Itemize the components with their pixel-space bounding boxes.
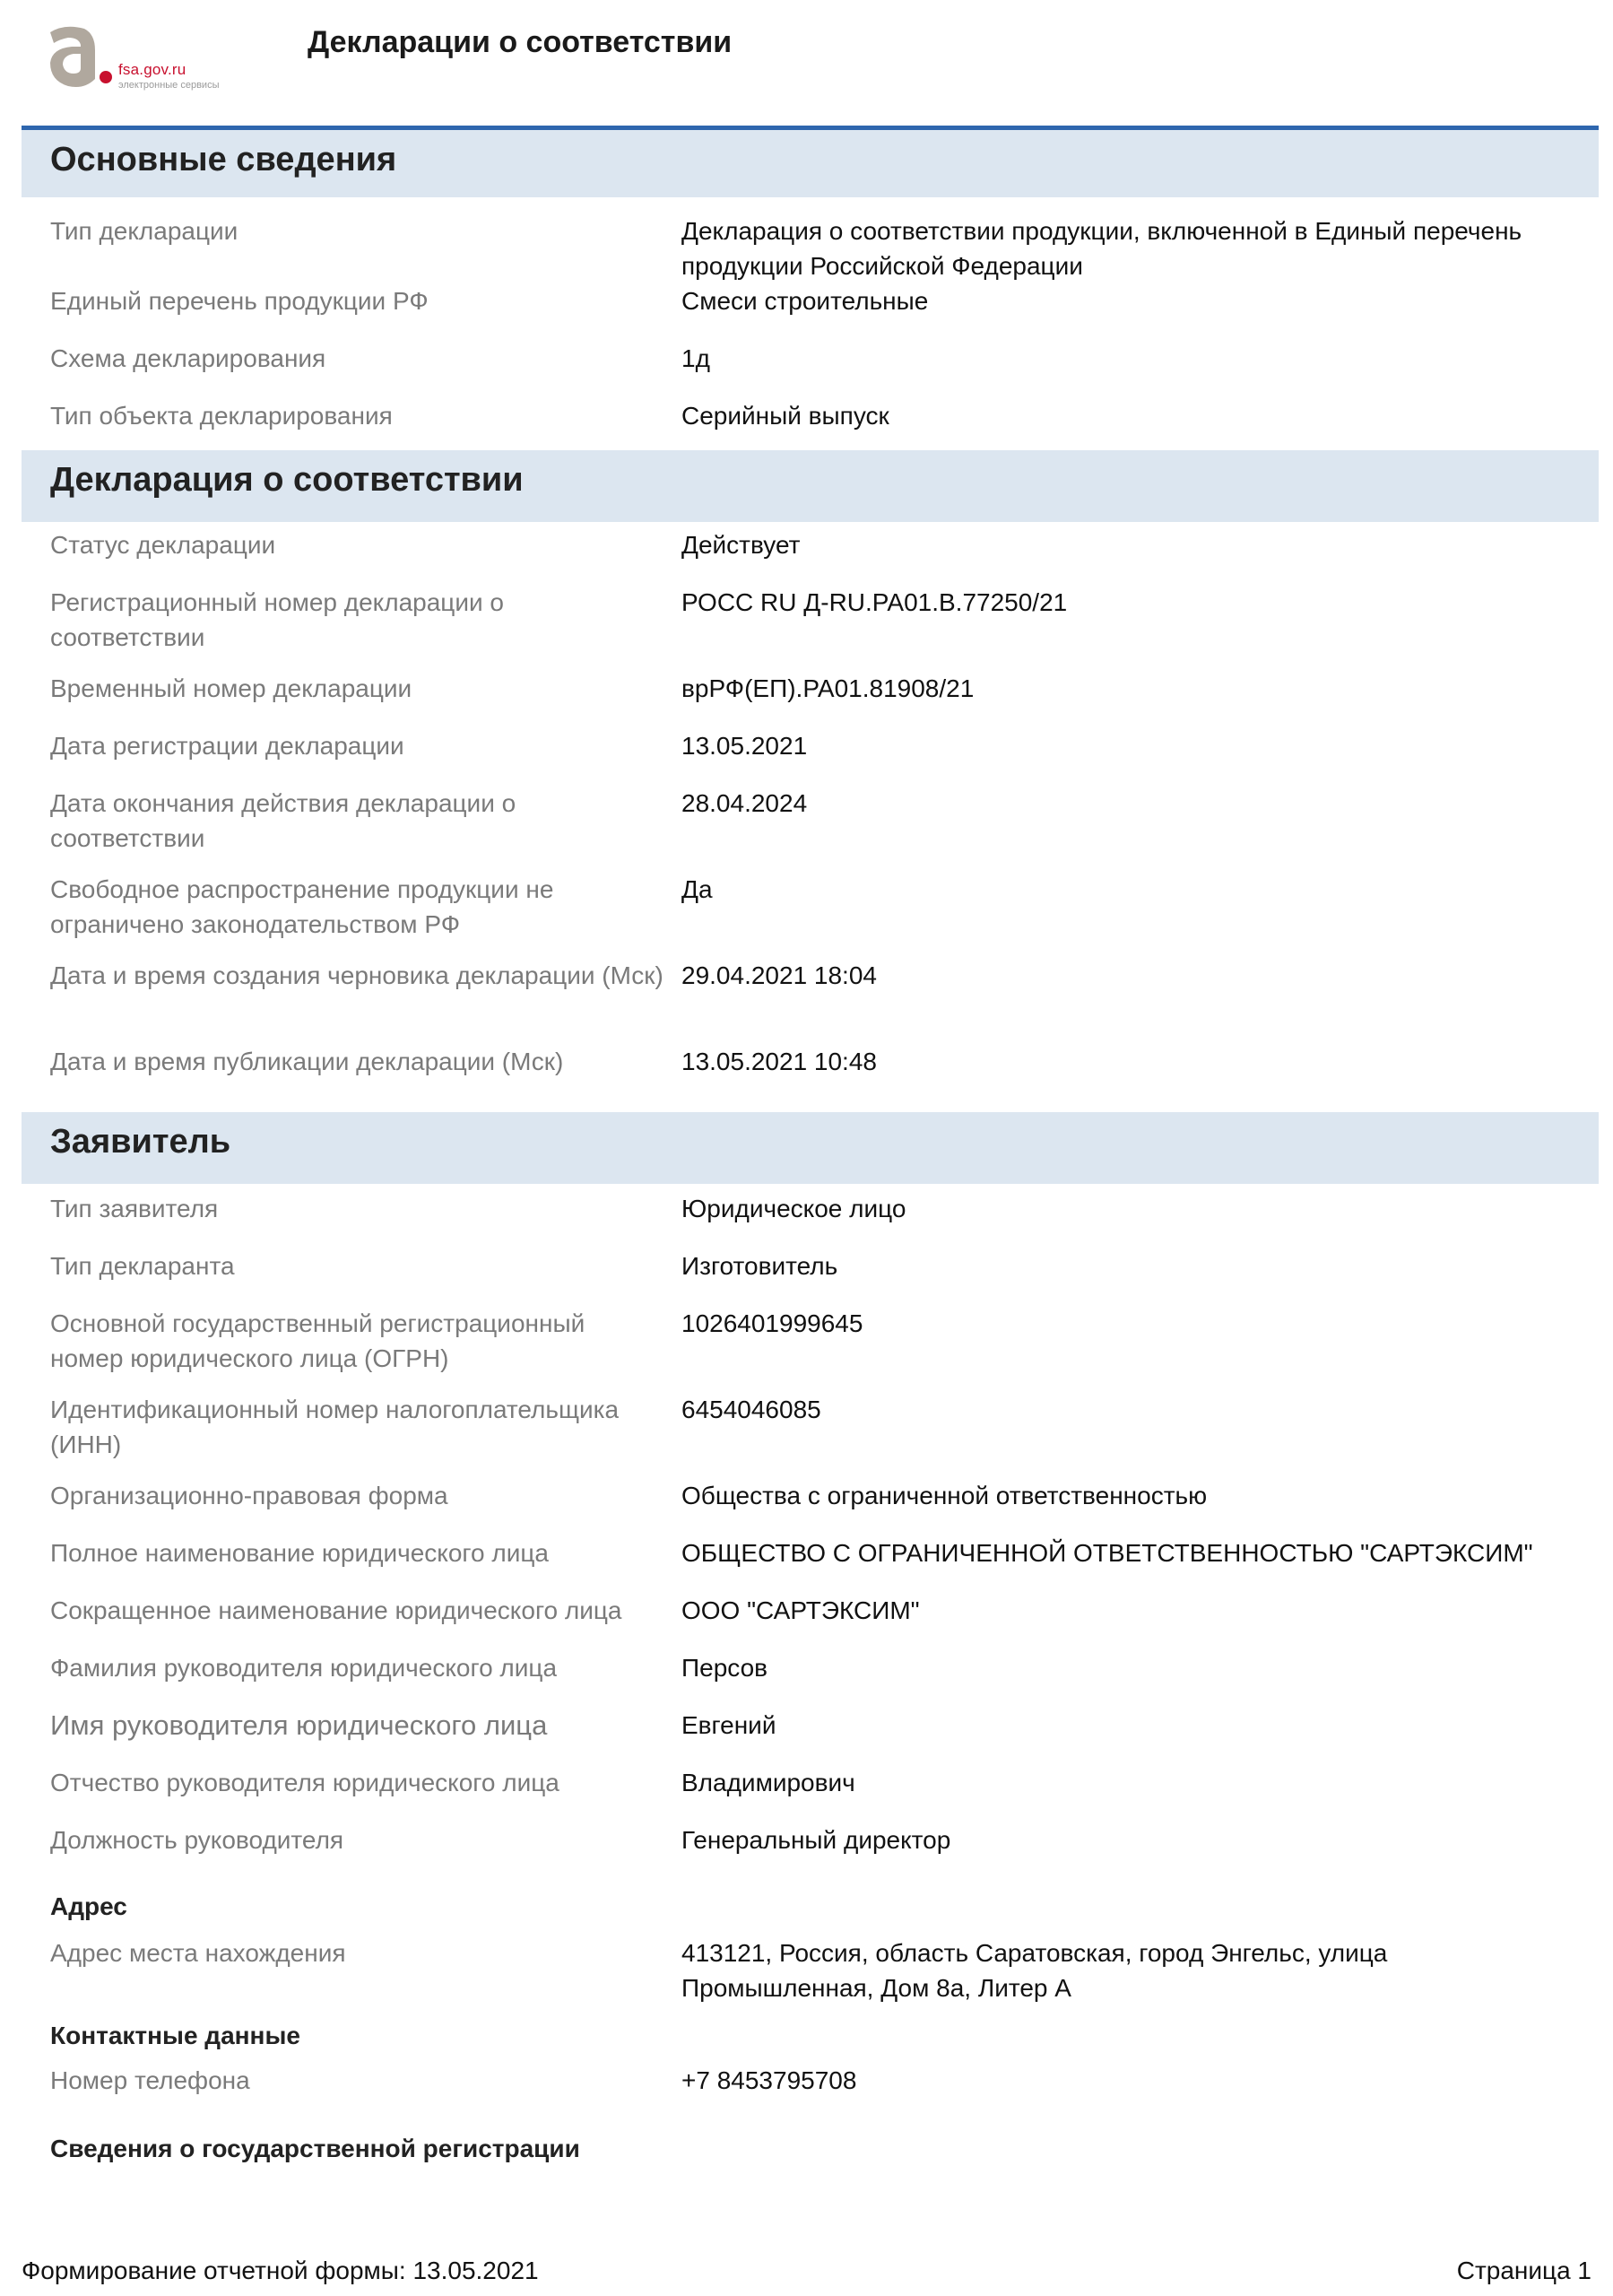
field-label: Дата и время публикации декларации (Мск) [50,1044,681,1101]
field-row: Единый перечень продукции РФ Смеси строи… [22,283,1599,341]
fsa-logo[interactable]: fsa.gov.ru электронные сервисы [45,23,251,95]
field-label: Свободное распространение продукции не о… [50,872,681,958]
field-label: Полное наименование юридического лица [50,1535,681,1593]
field-value: Смеси строительные [681,283,1599,341]
field-row: Статус декларации Действует [22,527,1599,585]
field-label: Тип заявителя [50,1191,681,1248]
field-value: Изготовитель [681,1248,1599,1306]
field-value: 28.04.2024 [681,786,1599,872]
field-label: Единый перечень продукции РФ [50,283,681,341]
field-value: Действует [681,527,1599,585]
field-row: Тип заявителя Юридическое лицо [22,1191,1599,1248]
field-row: Тип декларанта Изготовитель [22,1248,1599,1306]
field-label: Временный номер декларации [50,671,681,728]
state-registration-subheading: Сведения о государственной регистрации [22,2131,1599,2166]
section-declaration: Статус декларации Действует Регистрацион… [22,522,1599,1101]
field-value: Генеральный директор [681,1822,1599,1889]
field-label: Адрес места нахождения [50,1935,681,2018]
document-title: Декларации о соответствии [308,25,732,60]
field-label: Дата и время создания черновика декларац… [50,958,681,1044]
field-row: Дата регистрации декларации 13.05.2021 [22,728,1599,786]
field-label: Тип объекта декларирования [50,398,681,438]
section-declaration-title: Декларация о соответствии [22,450,1599,522]
field-value: Юридическое лицо [681,1191,1599,1248]
section-applicant-title: Заявитель [22,1112,1599,1184]
field-row: Регистрационный номер декларации о соотв… [22,585,1599,671]
field-label: Статус декларации [50,527,681,585]
field-value: 6454046085 [681,1392,1599,1478]
field-row: Временный номер декларации врРФ(ЕП).PA01… [22,671,1599,728]
field-value: Персов [681,1650,1599,1708]
field-label: Дата регистрации декларации [50,728,681,786]
field-row: Основной государственный регистрационный… [22,1306,1599,1392]
field-row: Адрес места нахождения 413121, Россия, о… [22,1935,1599,2018]
field-row: Полное наименование юридического лица ОБ… [22,1535,1599,1593]
section-basic-title: Основные сведения [22,126,1599,197]
field-label: Тип декларации [50,213,681,283]
address-subheading: Адрес [22,1889,1599,1935]
field-row: Сокращенное наименование юридического ли… [22,1593,1599,1650]
field-row: Схема декларирования 1д [22,341,1599,398]
section-basic: Тип декларации Декларация о соответствии… [22,197,1599,438]
field-label: Регистрационный номер декларации о соотв… [50,585,681,671]
section-applicant: Тип заявителя Юридическое лицо Тип декла… [22,1184,1599,2166]
field-label: Идентификационный номер налогоплательщик… [50,1392,681,1478]
field-value: врРФ(ЕП).PA01.81908/21 [681,671,1599,728]
field-value: Общества с ограниченной ответственностью [681,1478,1599,1535]
field-value: ОБЩЕСТВО С ОГРАНИЧЕННОЙ ОТВЕТСТВЕННОСТЬЮ… [681,1535,1599,1593]
field-value: Евгений [681,1708,1599,1765]
field-row: Тип декларации Декларация о соответствии… [22,213,1599,283]
field-label: Фамилия руководителя юридического лица [50,1650,681,1708]
field-value: РОСС RU Д-RU.PA01.B.77250/21 [681,585,1599,671]
report-generated-date: Формирование отчетной формы: 13.05.2021 [22,2257,539,2285]
page-header: fsa.gov.ru электронные сервисы Деклараци… [0,0,1613,126]
field-row: Идентификационный номер налогоплательщик… [22,1392,1599,1478]
field-value: Декларация о соответствии продукции, вкл… [681,213,1599,283]
field-value: 13.05.2021 [681,728,1599,786]
logo-domain: fsa.gov.ru [118,61,186,79]
page-number: Страница 1 [1457,2257,1591,2285]
field-row: Дата окончания действия декларации о соо… [22,786,1599,872]
field-label: Сокращенное наименование юридического ли… [50,1593,681,1650]
field-row: Имя руководителя юридического лица Евген… [22,1708,1599,1765]
field-value: Владимирович [681,1765,1599,1822]
field-value: 13.05.2021 10:48 [681,1044,1599,1101]
field-value: 413121, Россия, область Саратовская, гор… [681,1935,1599,2018]
field-row: Тип объекта декларирования Серийный выпу… [22,398,1599,438]
field-value: Серийный выпуск [681,398,1599,438]
field-label: Должность руководителя [50,1822,681,1889]
field-label: Дата окончания действия декларации о соо… [50,786,681,872]
field-row: Должность руководителя Генеральный дирек… [22,1822,1599,1889]
field-value: ООО "САРТЭКСИМ" [681,1593,1599,1650]
field-label: Отчество руководителя юридического лица [50,1765,681,1822]
field-value: 1д [681,341,1599,398]
field-label: Тип декларанта [50,1248,681,1306]
field-label: Схема декларирования [50,341,681,398]
field-label: Основной государственный регистрационный… [50,1306,681,1392]
field-row: Отчество руководителя юридического лица … [22,1765,1599,1822]
field-label: Номер телефона [50,2063,681,2131]
field-row: Номер телефона +7 8453795708 [22,2063,1599,2131]
logo-subtitle: электронные сервисы [118,80,219,91]
contacts-subheading: Контактные данные [22,2018,1599,2063]
field-value: +7 8453795708 [681,2063,1599,2131]
field-value: 29.04.2021 18:04 [681,958,1599,1044]
field-label: Имя руководителя юридического лица [50,1708,681,1765]
document-body: Основные сведения Тип декларации Деклара… [22,126,1599,2166]
field-row: Фамилия руководителя юридического лица П… [22,1650,1599,1708]
field-label: Организационно-правовая форма [50,1478,681,1535]
field-row: Свободное распространение продукции не о… [22,872,1599,958]
field-row: Дата и время создания черновика декларац… [22,958,1599,1044]
field-value: Да [681,872,1599,958]
field-row: Дата и время публикации декларации (Мск)… [22,1044,1599,1101]
field-row: Организационно-правовая форма Общества с… [22,1478,1599,1535]
field-value: 1026401999645 [681,1306,1599,1392]
fsa-logo-icon [45,23,117,95]
